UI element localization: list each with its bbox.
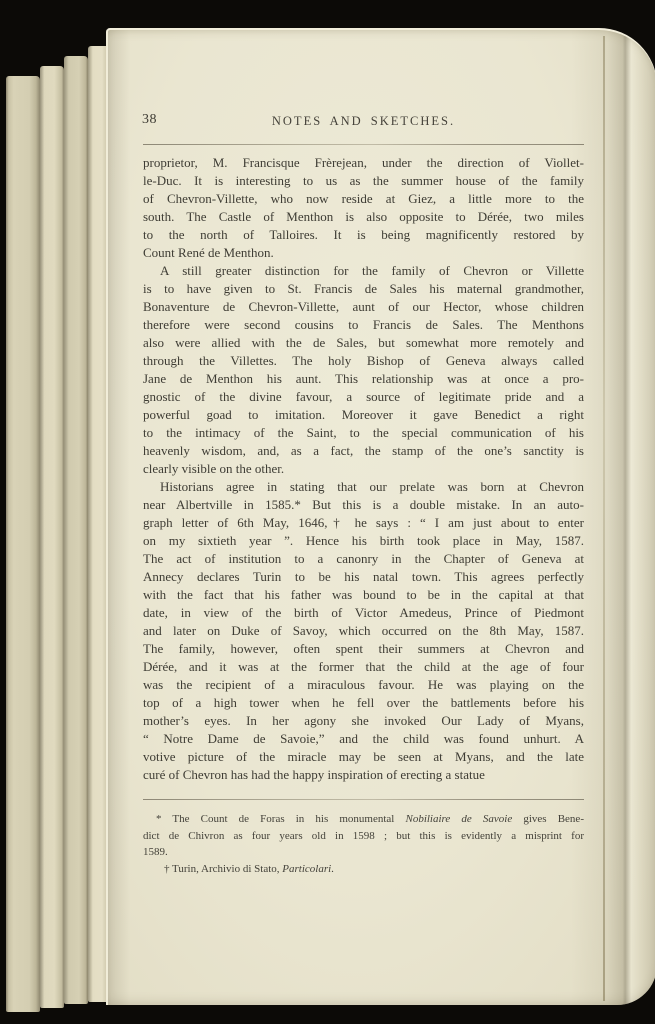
body-line: south. The Castle of Menthon is also opp… xyxy=(143,208,584,226)
body-line: through the Villettes. The holy Bishop o… xyxy=(143,352,584,370)
footnotes: * The Count de Foras in his monumental N… xyxy=(143,811,584,877)
body-line: Count René de Menthon. xyxy=(143,244,584,262)
scanned-book-photo: 38 NOTES AND SKETCHES. proprietor, M. Fr… xyxy=(0,0,655,1024)
body-line: proprietor, M. Francisque Frèrejean, und… xyxy=(143,154,584,172)
body-line: Bonaventure de Chevron-Villette, aunt of… xyxy=(143,298,584,316)
body-line: and later on Duke of Savoy, which occurr… xyxy=(143,622,584,640)
footnote-line: † Turin, Archivio di Stato, Particolari. xyxy=(143,861,584,878)
body-line: A still greater distinction for the fami… xyxy=(143,262,584,280)
body-line: Annecy declares Turin to be his natal to… xyxy=(143,568,584,586)
footnote-line: 1589. xyxy=(143,844,584,861)
page-edge-stack-3 xyxy=(64,56,88,1004)
body-line: clearly visible on the other. xyxy=(143,460,584,478)
paragraph-1: proprietor, M. Francisque Frèrejean, und… xyxy=(143,154,584,262)
footnote-rule xyxy=(143,799,584,800)
footnote-italic-title: Particolari xyxy=(282,863,331,875)
printed-text-block: 38 NOTES AND SKETCHES. proprietor, M. Fr… xyxy=(143,110,584,877)
page-edge-stack-1 xyxy=(6,76,40,1012)
body-line: Dérée, and it was at the former that the… xyxy=(143,658,584,676)
running-title: NOTES AND SKETCHES. xyxy=(143,110,584,129)
body-line: Jane de Menthon his aunt. This relations… xyxy=(143,370,584,388)
body-line: heavenly wisdom, and, as a fact, the sta… xyxy=(143,442,584,460)
body-line: to the north of Talloires. It is being m… xyxy=(143,226,584,244)
paragraph-3: Historians agree in stating that our pre… xyxy=(143,478,584,784)
footnote-italic-title: Nobiliaire de Savoie xyxy=(405,813,512,825)
page-header: 38 NOTES AND SKETCHES. xyxy=(143,110,584,132)
footnote-text: . xyxy=(331,863,334,875)
footnote-line: * The Count de Foras in his monumental N… xyxy=(143,811,584,828)
body-line: therefore were second cousins to Francis… xyxy=(143,316,584,334)
footnote-text: gives Bene- xyxy=(512,813,584,825)
body-text: proprietor, M. Francisque Frèrejean, und… xyxy=(143,154,584,784)
body-line: of Chevron-Villette, who now reside at G… xyxy=(143,190,584,208)
body-line: date, in view of the birth of Victor Ame… xyxy=(143,604,584,622)
body-line: to the intimacy of the Saint, to the spe… xyxy=(143,424,584,442)
body-line: The family, however, often spent their s… xyxy=(143,640,584,658)
page-fold-crease xyxy=(603,36,605,1001)
body-line: “ Notre Dame de Savoie,” and the child w… xyxy=(143,730,584,748)
page-number: 38 xyxy=(142,112,157,128)
body-line: also were allied with the de Sales, but … xyxy=(143,334,584,352)
body-line: powerful goad to imitation. Moreover it … xyxy=(143,406,584,424)
footnote-text: † Turin, Archivio di Stato, xyxy=(164,863,282,875)
body-line: is to have given to St. Francis de Sales… xyxy=(143,280,584,298)
body-line: mother’s eyes. In her agony she invoked … xyxy=(143,712,584,730)
header-rule xyxy=(143,144,584,145)
body-line: on my sixtieth year ”. Hence his birth t… xyxy=(143,532,584,550)
body-line: was the recipient of a miraculous favour… xyxy=(143,676,584,694)
body-line: votive picture of the miracle may be see… xyxy=(143,748,584,766)
body-line: graph letter of 6th May, 1646,† he says … xyxy=(143,514,584,532)
body-line: le-Duc. It is interesting to us as the s… xyxy=(143,172,584,190)
book-page: 38 NOTES AND SKETCHES. proprietor, M. Fr… xyxy=(106,28,655,1005)
body-line: with the fact that his father was bound … xyxy=(143,586,584,604)
body-line: curé of Chevron has had the happy inspir… xyxy=(143,766,584,784)
paragraph-2: A still greater distinction for the fami… xyxy=(143,262,584,478)
footnote-text: * The Count de Foras in his monumental xyxy=(156,813,405,825)
footnote-line: dict de Chivron as four years old in 159… xyxy=(143,828,584,845)
body-line: top of a high tower when he fell over th… xyxy=(143,694,584,712)
body-line: Historians agree in stating that our pre… xyxy=(143,478,584,496)
body-line: The act of institution to a canonry in t… xyxy=(143,550,584,568)
body-line: gnostic of the divine favour, a source o… xyxy=(143,388,584,406)
body-line: near Albertville in 1585.* But this is a… xyxy=(143,496,584,514)
page-edge-stack-2 xyxy=(40,66,64,1008)
